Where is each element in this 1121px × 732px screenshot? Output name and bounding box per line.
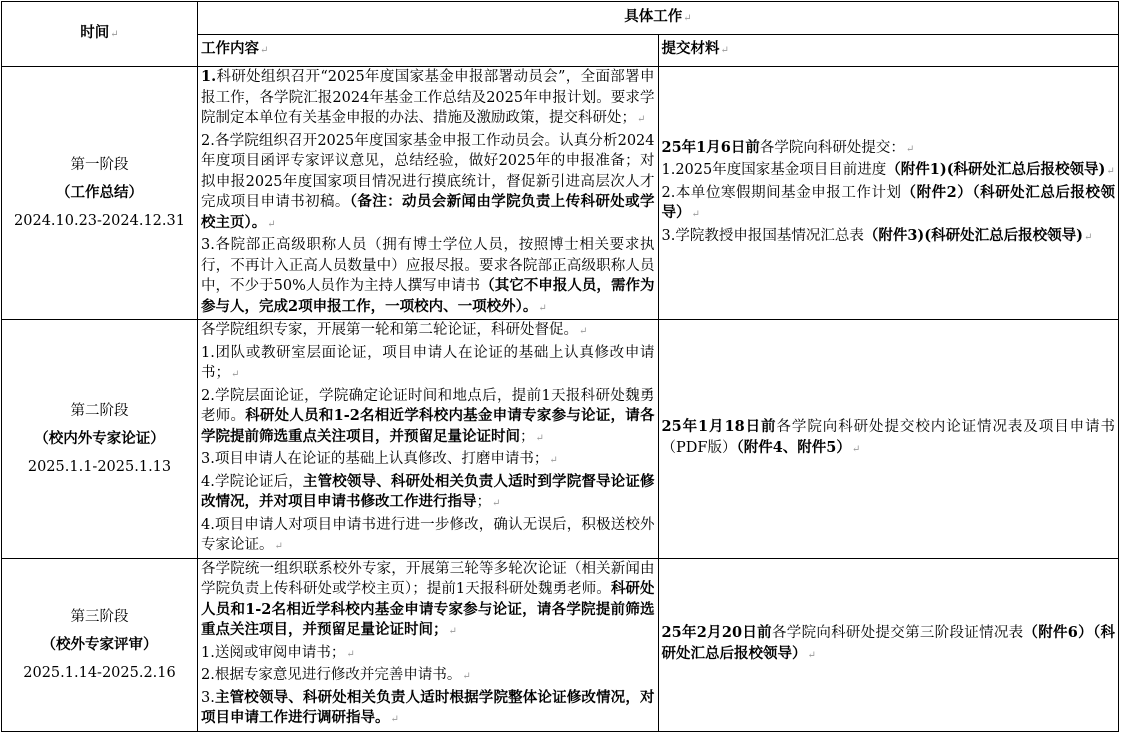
paragraph: 1.科研处组织召开“2025年度国家基金申报部署动员会”，全面部署申报工作，各学… [201, 67, 655, 131]
work-schedule-table: 时间↵ 具体工作↵ 工作内容↵ 提交材料↵ 第一阶段 （工作总结） 2024.1… [1, 1, 1119, 689]
header-content: 工作内容↵ [198, 35, 659, 67]
stage-name: 第三阶段 [5, 603, 194, 631]
stage-time-cell: 第二阶段 （校内外专家论证） 2025.1.1-2025.1.13 [2, 320, 198, 559]
bold-text: （附件3)(科研处汇总后报校领导) [864, 227, 1083, 244]
bold-text: 1. [201, 68, 216, 85]
paragraph-mark-icon: ↵ [462, 671, 470, 682]
bold-text: 25年1月18日前 [662, 418, 777, 435]
paragraph: 2.本单位寒假期间基金申报工作计划（附件2）（科研处汇总后报校领导）↵ [662, 183, 1116, 226]
stage-time-cell: 第三阶段 （校外专家评审） 2025.1.14-2025.2.16 [2, 558, 198, 689]
paragraph-mark-icon: ↵ [808, 650, 816, 661]
header-submit: 提交材料↵ [658, 35, 1119, 67]
bold-text: 25年1月6日前 [662, 139, 760, 156]
stage-submit-cell: 25年1月6日前各学院向科研处提交：↵1.2025年度国家基金项目目前进度（附件… [658, 67, 1119, 320]
bold-text: 科研处人员和1-2名相近学科校内基金申请专家参与论证，请各学院提前筛选重点关注项… [201, 407, 655, 445]
text: 1.送阅或审阅申请书； [201, 645, 345, 661]
paragraph: 4.学院论证后，主管校领导、科研处相关负责人适时到学院督导论证修改情况，并对项目… [201, 472, 655, 515]
bold-text: （附件4、附件5） [736, 439, 850, 456]
paragraph-mark-icon: ↵ [1084, 232, 1092, 243]
stage-period: 2025.1.1-2025.1.13 [5, 453, 194, 481]
paragraph: 4.项目申请人对项目申请书进行进一步修改，确认无误后，积极送校外专家论证。↵ [201, 515, 655, 558]
stage-period: 2025.1.14-2025.2.16 [5, 659, 194, 687]
paragraph-mark-icon: ↵ [637, 114, 645, 125]
paragraph: 2.学院层面论证，学院确定论证时间和地点后，提前1天报科研处魏勇老师。科研处人员… [201, 386, 655, 450]
paragraph-mark-icon: ↵ [538, 303, 546, 314]
bold-text: 25年2月20日前 [662, 624, 772, 641]
paragraph-mark-icon: ↵ [549, 455, 557, 466]
paragraph: 3.学院教授申报国基情况汇总表（附件3)(科研处汇总后报校领导)↵ [662, 226, 1116, 249]
text: 2.本单位寒假期间基金申报工作计划 [662, 185, 902, 201]
text: 4.项目申请人对项目申请书进行进一步修改，确认无误后，积极送校外专家论证。 [201, 517, 655, 554]
paragraph-mark-icon: ↵ [1106, 166, 1114, 177]
paragraph: 25年1月6日前各学院向科研处提交：↵ [662, 138, 1116, 161]
paragraph-mark-icon: ↵ [852, 444, 860, 455]
text: 各学院统一组织联系校外专家，开展第三轮等多轮次论证（相关新闻由学院负责上传科研处… [201, 561, 655, 598]
paragraph-mark-icon: ↵ [267, 219, 275, 230]
stage-subtitle: （校外专家评审） [5, 631, 194, 659]
stage-submit-cell: 25年1月18日前各学院向科研处提交校内论证情况表及项目申请书（PDF版）（附件… [658, 320, 1119, 559]
stage-content-cell: 各学院统一组织联系校外专家，开展第三轮等多轮次论证（相关新闻由学院负责上传科研处… [198, 558, 659, 689]
paragraph: 2.各学院组织召开2025年度国家基金申报工作动员会。认真分析2024年度项目函… [201, 131, 655, 236]
stage-submit-cell: 25年2月20日前各学院向科研处提交第三阶段证情况表（附件6）（科研处汇总后报校… [658, 558, 1119, 689]
text: 3.学院教授申报国基情况汇总表 [662, 228, 864, 244]
paragraph: 3.各院部正高级职称人员（拥有博士学位人员，按照博士相关要求执行，不再计入正高人… [201, 235, 655, 319]
paragraph-mark-icon: ↵ [449, 626, 457, 637]
table-row-stage-3: 第三阶段 （校外专家评审） 2025.1.14-2025.2.16 各学院统一组… [2, 558, 1119, 689]
paragraph: 25年1月18日前各学院向科研处提交校内论证情况表及项目申请书（PDF版）（附件… [662, 417, 1116, 460]
paragraph-mark-icon: ↵ [536, 433, 544, 444]
paragraph: 3.项目申请人在论证的基础上认真修改、打磨申请书；↵ [201, 449, 655, 472]
table-row-stage-2: 第二阶段 （校内外专家论证） 2025.1.1-2025.1.13 各学院组织专… [2, 320, 1119, 559]
stage-name: 第一阶段 [5, 151, 194, 179]
stage-time-cell: 第一阶段 （工作总结） 2024.10.23-2024.12.31 [2, 67, 198, 320]
paragraph-mark-icon: ↵ [492, 498, 500, 509]
text: 2.根据专家意见进行修改并完善申请书。 [201, 667, 461, 683]
paragraph-mark-icon: ↵ [906, 144, 914, 155]
table-row-stage-1: 第一阶段 （工作总结） 2024.10.23-2024.12.31 1.科研处组… [2, 67, 1119, 320]
stage-content-cell: 各学院组织专家，开展第一轮和第二轮论证，科研处督促。↵1.团队或教研室层面论证，… [198, 320, 659, 559]
header-work-group: 具体工作↵ [198, 2, 1119, 35]
stage-period: 2024.10.23-2024.12.31 [5, 207, 194, 235]
paragraph-mark-icon: ↵ [579, 326, 587, 337]
text: 1.2025年度国家基金项目目前进度 [662, 162, 887, 178]
text: 科研处组织召开“2025年度国家基金申报部署动员会”，全面部署申报工作，各学院汇… [201, 69, 655, 126]
paragraph-mark-icon: ↵ [692, 209, 700, 220]
stage-content-cell: 1.科研处组织召开“2025年度国家基金申报部署动员会”，全面部署申报工作，各学… [198, 67, 659, 320]
text: ； [477, 494, 492, 510]
text: 3.项目申请人在论证的基础上认真修改、打磨申请书； [201, 451, 548, 467]
text: 各学院向科研处提交第三阶段证情况表 [772, 625, 1023, 641]
stage-subtitle: （校内外专家论证） [5, 425, 194, 453]
paragraph: 各学院统一组织联系校外专家，开展第三轮等多轮次论证（相关新闻由学院负责上传科研处… [201, 559, 655, 643]
text: ； [520, 429, 535, 445]
paragraph: 1.团队或教研室层面论证，项目申请人在论证的基础上认真修改申请书；↵ [201, 343, 655, 386]
paragraph-mark-icon: ↵ [275, 541, 283, 552]
paragraph: 1.2025年度国家基金项目目前进度（附件1)(科研处汇总后报校领导)↵ [662, 160, 1116, 183]
bold-text: （附件1)(科研处汇总后报校领导) [886, 161, 1105, 178]
paragraph: 2.根据专家意见进行修改并完善申请书。↵ [201, 665, 655, 688]
paragraph: 25年2月20日前各学院向科研处提交第三阶段证情况表（附件6）（科研处汇总后报校… [662, 623, 1116, 666]
header-time: 时间↵ [2, 2, 198, 67]
paragraph: 各学院组织专家，开展第一轮和第二轮论证，科研处督促。↵ [201, 320, 655, 343]
text: 1.团队或教研室层面论证，项目申请人在论证的基础上认真修改申请书； [201, 345, 655, 382]
text: 4.学院论证后， [201, 474, 303, 490]
paragraph-mark-icon: ↵ [231, 369, 239, 380]
stage-subtitle: （工作总结） [5, 179, 194, 207]
paragraph-mark-icon: ↵ [346, 649, 354, 660]
paragraph: 1.送阅或审阅申请书；↵ [201, 643, 655, 666]
text: 各学院向科研处提交： [760, 140, 905, 156]
stage-name: 第二阶段 [5, 397, 194, 425]
text: 各学院组织专家，开展第一轮和第二轮论证，科研处督促。 [201, 322, 578, 338]
